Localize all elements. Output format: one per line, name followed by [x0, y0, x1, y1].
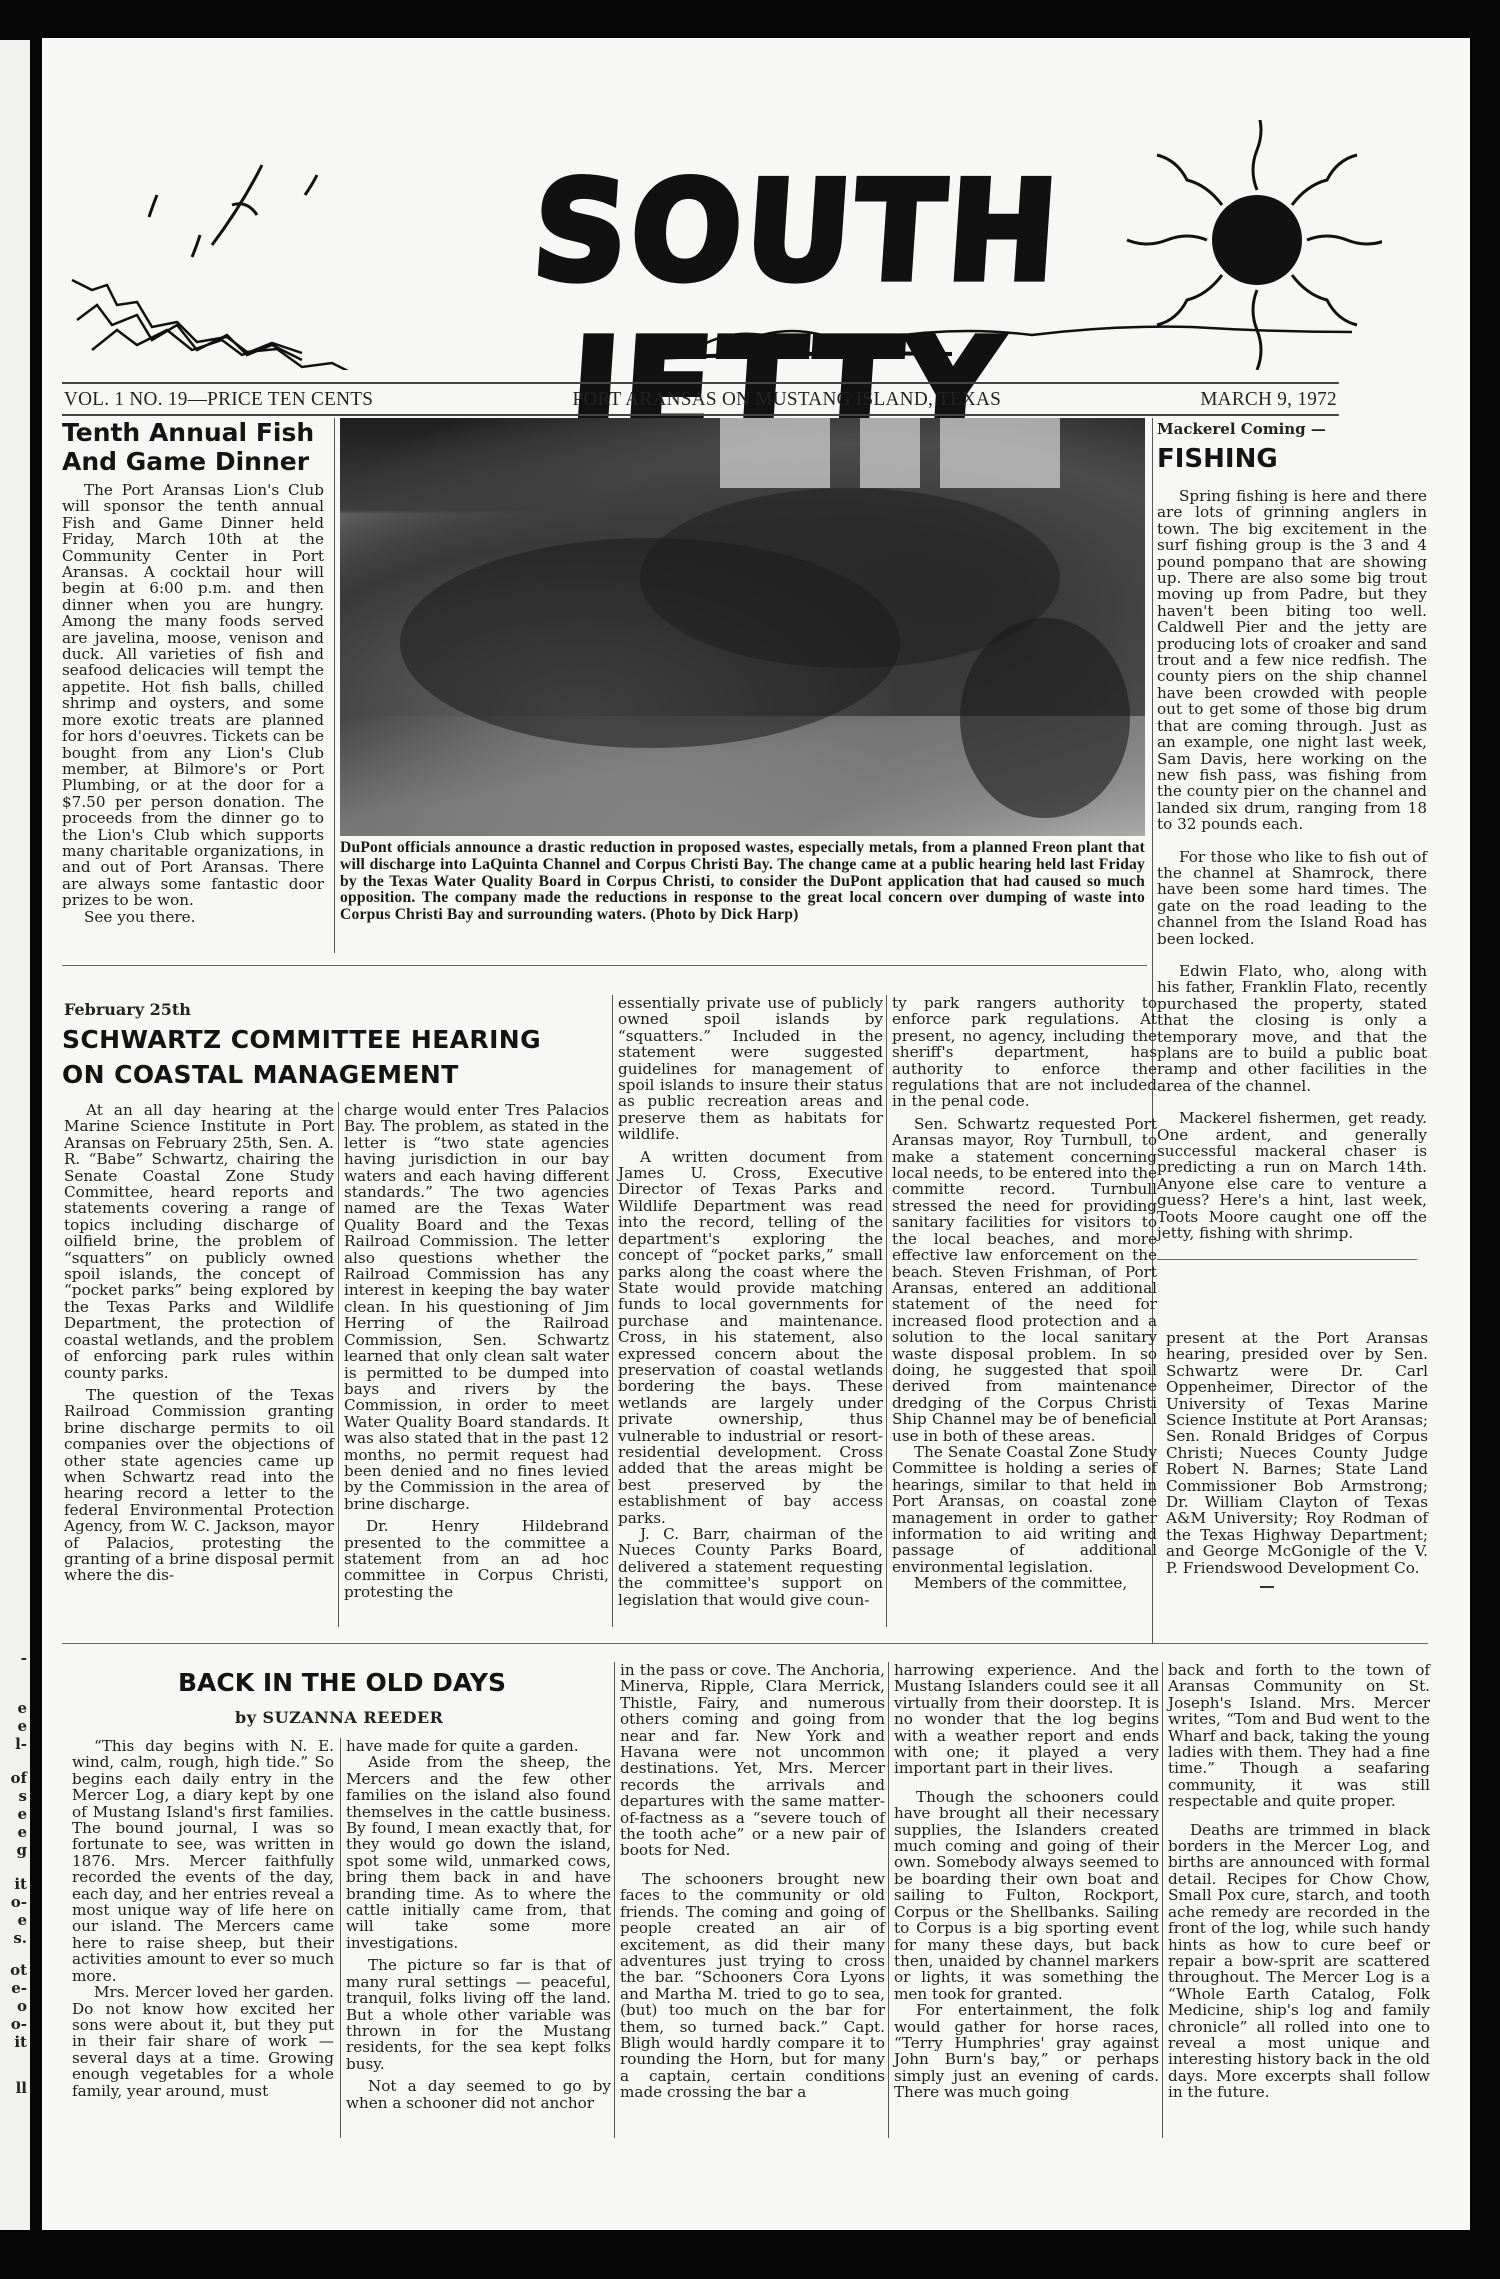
- paragraph: Dr. Henry Hildebrand presented to the co…: [344, 1518, 609, 1600]
- column-rule: [614, 1662, 615, 2138]
- article-fish-dinner: Tenth Annual Fish And Game Dinner The Po…: [62, 418, 324, 925]
- adjacent-page-text-fragment: e: [17, 1824, 27, 1841]
- headline: BACK IN THE OLD DAYS: [178, 1668, 506, 1698]
- photo-window: [940, 418, 1060, 488]
- article-column-3: essentially private use of publicly owne…: [618, 995, 883, 1608]
- article-column-5: present at the Port Aransas hearing, pre…: [1166, 1330, 1428, 1588]
- news-photo: [340, 418, 1145, 836]
- paragraph: J. C. Barr, chairman of the Nueces Count…: [618, 1526, 883, 1608]
- column-rule: [340, 1738, 341, 2138]
- article-column-5: back and forth to the town of Aransas Co…: [1168, 1662, 1430, 2101]
- article-body: The Port Aransas Lion's Club will sponso…: [62, 482, 324, 925]
- paragraph: have made for quite a garden.: [346, 1738, 611, 1754]
- paragraph: “This day begins with N. E. wind, calm, …: [72, 1738, 334, 1984]
- paragraph: in the pass or cove. The Anchoria, Miner…: [620, 1662, 885, 1859]
- issue-date: MARCH 9, 1972: [1200, 388, 1337, 411]
- adjacent-page-text-fragment: e: [17, 1700, 27, 1717]
- adjacent-page-text-fragment: e: [17, 1718, 27, 1735]
- column-rule: [338, 1102, 339, 1627]
- masthead: SOUTH JETTY: [52, 120, 1382, 370]
- section-rule: [62, 965, 1147, 966]
- paragraph: Aside from the sheep, the Mercers and th…: [346, 1754, 611, 1951]
- paragraph: Though the schooners could have brought …: [894, 1789, 1159, 2002]
- adjacent-page-text-fragment: e-: [11, 1980, 27, 1997]
- article-column-2: have made for quite a garden. Aside from…: [346, 1738, 611, 2111]
- adjacent-page-text-fragment: o: [17, 1998, 27, 2015]
- paragraph: The schooners brought new faces to the c…: [620, 1871, 885, 2101]
- column-rule: [612, 995, 613, 1627]
- adjacent-page-text-fragment: o-: [11, 1894, 27, 1911]
- paragraph: back and forth to the town of Aransas Co…: [1168, 1662, 1430, 1810]
- paragraph: Spring fishing is here and there are lot…: [1157, 488, 1427, 833]
- paragraph: Members of the committee,: [892, 1575, 1157, 1591]
- article-column-4: harrowing experience. And the Mustang Is…: [894, 1662, 1159, 2101]
- paragraph: charge would enter Tres Palacios Bay. Th…: [344, 1102, 609, 1512]
- end-mark: [1260, 1586, 1274, 1588]
- article-column-1: “This day begins with N. E. wind, calm, …: [72, 1738, 334, 2099]
- adjacent-page-text-fragment: -: [21, 1650, 27, 1667]
- adjacent-page-strip: -eel-ofseegito-es.ote-oo-itll: [0, 40, 30, 2230]
- kicker: February 25th: [64, 1000, 191, 1019]
- article-fishing: Mackerel Coming — FISHING Spring fishing…: [1157, 420, 1427, 1260]
- adjacent-page-text-fragment: ll: [16, 2080, 27, 2097]
- adjacent-page-text-fragment: s: [19, 1788, 27, 1805]
- adjacent-page-text-fragment: it: [14, 1876, 27, 1893]
- paragraph: essentially private use of publicly owne…: [618, 995, 883, 1143]
- paragraph: The picture so far is that of many rural…: [346, 1957, 611, 2072]
- paragraph: harrowing experience. And the Mustang Is…: [894, 1662, 1159, 1777]
- photo-window: [720, 418, 830, 488]
- paragraph: The Port Aransas Lion's Club will sponso…: [62, 482, 324, 909]
- article-column-3: in the pass or cove. The Anchoria, Miner…: [620, 1662, 885, 2101]
- paragraph: A written document from James U. Cross, …: [618, 1149, 883, 1526]
- adjacent-page-text-fragment: o-: [11, 2016, 27, 2033]
- adjacent-page-text-fragment: s.: [13, 1930, 27, 1947]
- column-rule: [888, 1662, 889, 2138]
- paragraph: At an all day hearing at the Marine Scie…: [64, 1102, 334, 1381]
- paragraph: The Senate Coastal Zone Study Committee …: [892, 1444, 1157, 1575]
- section-rule: [1157, 1259, 1417, 1260]
- article-column-2: charge would enter Tres Palacios Bay. Th…: [344, 1102, 609, 1600]
- headline-line-1: SCHWARTZ COMMITTEE HEARING: [62, 1025, 541, 1054]
- paragraph: Mackerel fishermen, get ready. One arden…: [1157, 1110, 1427, 1241]
- article-column-1: At an all day hearing at the Marine Scie…: [64, 1102, 334, 1584]
- paragraph: present at the Port Aransas hearing, pre…: [1166, 1330, 1428, 1576]
- adjacent-page-text-fragment: l-: [15, 1736, 27, 1753]
- headline: FISHING: [1157, 442, 1427, 476]
- paragraph: See you there.: [62, 909, 324, 925]
- adjacent-page-text-fragment: of: [11, 1770, 27, 1787]
- photo-window: [860, 418, 920, 488]
- paragraph: For entertainment, the folk would gather…: [894, 2002, 1159, 2100]
- headline-line-1: Tenth Annual Fish: [62, 418, 314, 447]
- location: PORT ARANSAS ON MUSTANG ISLAND, TEXAS: [572, 388, 1001, 411]
- paragraph: Not a day seemed to go by when a schoone…: [346, 2078, 611, 2111]
- adjacent-page-text-fragment: e: [17, 1806, 27, 1823]
- headline-line-2: ON COASTAL MANAGEMENT: [62, 1060, 459, 1089]
- headline: SCHWARTZ COMMITTEE HEARING ON COASTAL MA…: [62, 1022, 622, 1092]
- kicker: Mackerel Coming —: [1157, 420, 1427, 438]
- paragraph: For those who like to fish out of the ch…: [1157, 849, 1427, 947]
- volume-price: VOL. 1 NO. 19—PRICE TEN CENTS: [64, 388, 373, 411]
- adjacent-page-text-fragment: ot: [10, 1962, 27, 1979]
- column-rule: [1162, 1662, 1163, 2138]
- paragraph: The question of the Texas Railroad Commi…: [64, 1387, 334, 1584]
- column-rule: [886, 995, 887, 1627]
- dateline: VOL. 1 NO. 19—PRICE TEN CENTS PORT ARANS…: [62, 382, 1339, 416]
- article-body: Spring fishing is here and there are lot…: [1157, 488, 1427, 1241]
- adjacent-page-text-fragment: e: [17, 1912, 27, 1929]
- headline: Tenth Annual Fish And Game Dinner: [62, 418, 324, 476]
- section-rule: [62, 1643, 1428, 1644]
- seagull-icon: [149, 165, 317, 257]
- article-column-4: ty park rangers authority to enforce par…: [892, 995, 1157, 1592]
- paragraph: Edwin Flato, who, along with his father,…: [1157, 963, 1427, 1094]
- photo-caption: DuPont officials announce a drastic redu…: [340, 840, 1145, 924]
- paragraph: ty park rangers authority to enforce par…: [892, 995, 1157, 1110]
- photo-crowd: [960, 618, 1130, 818]
- column-rule: [334, 418, 335, 953]
- paragraph: Mrs. Mercer loved her garden. Do not kno…: [72, 1984, 334, 2099]
- paragraph: Sen. Schwartz requested Port Aransas may…: [892, 1116, 1157, 1444]
- adjacent-page-text-fragment: g: [17, 1842, 28, 1859]
- adjacent-page-text-fragment: it: [14, 2034, 27, 2051]
- paragraph: Deaths are trimmed in black borders in t…: [1168, 1822, 1430, 2101]
- byline: by SUZANNA REEDER: [235, 1708, 443, 1727]
- headline-line-2: And Game Dinner: [62, 447, 309, 476]
